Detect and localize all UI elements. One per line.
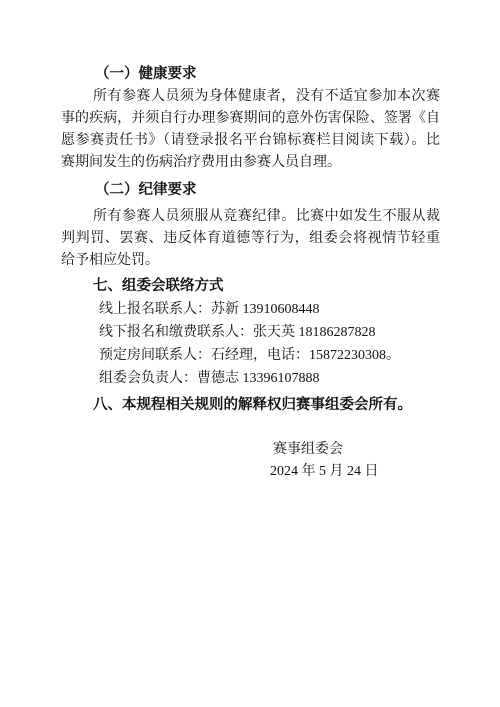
contact-line-room-booking: 预定房间联系人：石经理，电话：15872230308。 [61, 344, 440, 367]
discipline-paragraph-line: 给予相应处罚。 [61, 250, 440, 272]
contact-line-offline-registration: 线下报名和缴费联系人：张天英 18186287828 [61, 321, 440, 344]
discipline-paragraph-line: 所有参赛人员须服从竞赛纪律。比赛中如发生不服从裁 [61, 206, 440, 228]
discipline-paragraph: 所有参赛人员须服从竞赛纪律。比赛中如发生不服从裁 判判罚、罢赛、违反体育道德等行… [61, 206, 440, 272]
section-heading-interpretation: 八、本规程相关规则的解释权归赛事组委会所有。 [61, 393, 440, 417]
section-heading-contact: 七、组委会联络方式 [61, 274, 440, 298]
document-page: （一）健康要求 所有参赛人员须为身体健康者，没有不适宜参加本次赛 事的疾病，并须… [0, 0, 500, 707]
signature-date: 2024 年 5 月 24 日 [61, 461, 440, 483]
health-paragraph-line: 赛期间发生的伤病治疗费用由参赛人员自理。 [61, 152, 440, 174]
contact-list: 线上报名联系人：苏新 13910608448 线下报名和缴费联系人：张天英 18… [61, 298, 440, 390]
health-paragraph-line: 所有参赛人员须为身体健康者，没有不适宜参加本次赛 [61, 86, 440, 108]
health-paragraph-line: 愿参赛责任书》（请登录报名平台锦标赛栏目阅读下载）。比 [61, 130, 440, 152]
section-heading-discipline: （二）纪律要求 [61, 178, 440, 202]
signature-block: 赛事组委会 2024 年 5 月 24 日 [61, 439, 440, 483]
section-heading-health: （一）健康要求 [61, 62, 440, 86]
signature-organization: 赛事组委会 [61, 439, 440, 461]
discipline-paragraph-line: 判判罚、罢赛、违反体育道德等行为，组委会将视情节轻重 [61, 228, 440, 250]
health-paragraph-line: 事的疾病，并须自行办理参赛期间的意外伤害保险、签署《自 [61, 108, 440, 130]
document-content: （一）健康要求 所有参赛人员须为身体健康者，没有不适宜参加本次赛 事的疾病，并须… [0, 0, 500, 483]
contact-line-committee-lead: 组委会负责人：曹德志 13396107888 [61, 367, 440, 390]
health-paragraph: 所有参赛人员须为身体健康者，没有不适宜参加本次赛 事的疾病，并须自行办理参赛期间… [61, 86, 440, 174]
contact-line-online-registration: 线上报名联系人：苏新 13910608448 [61, 298, 440, 321]
